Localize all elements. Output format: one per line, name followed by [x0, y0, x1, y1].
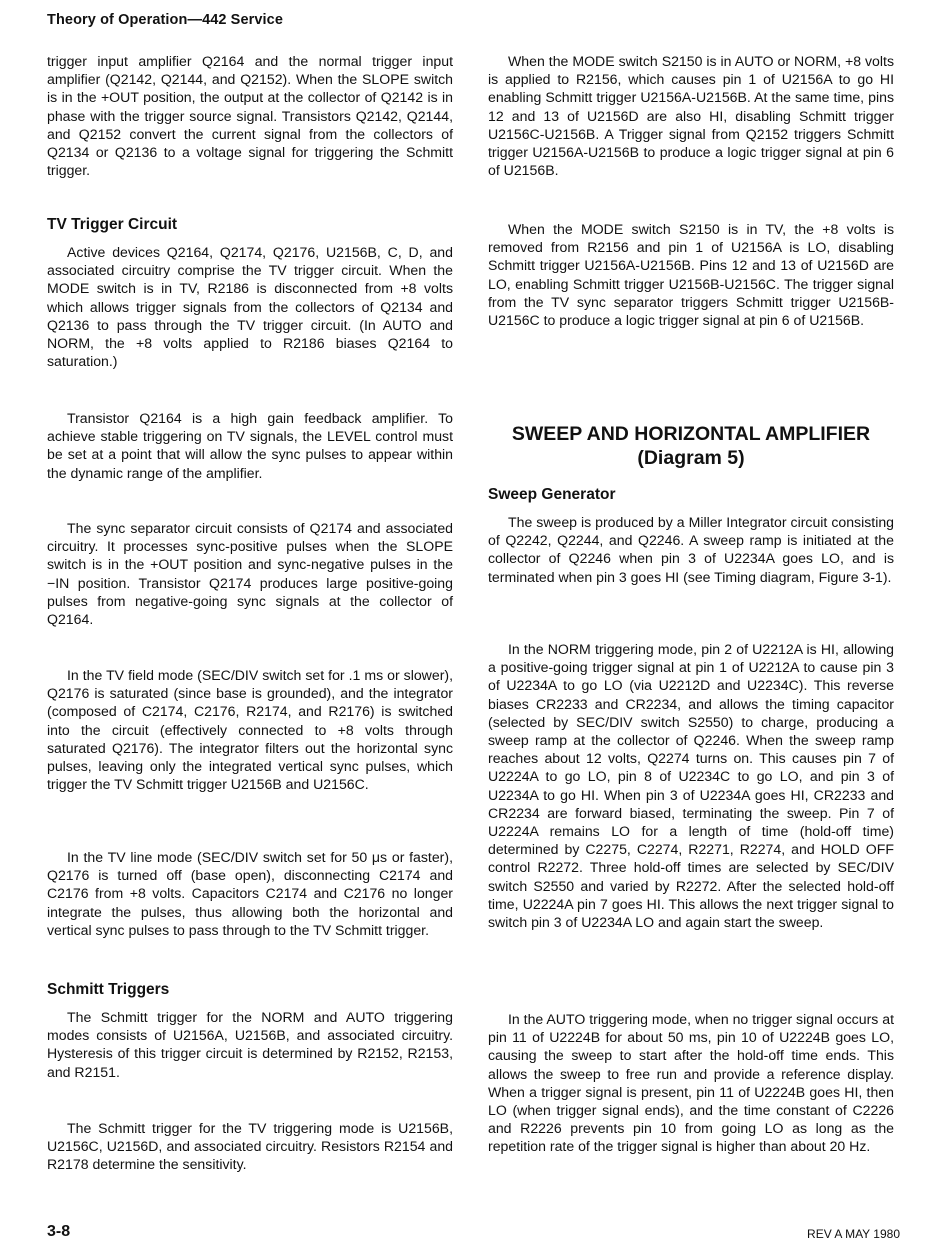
sweep-section-title: SWEEP AND HORIZONTAL AMPLIFIER (Diagram …	[488, 422, 894, 470]
schmitt-triggers-section: Schmitt Triggers The Schmitt trigger for…	[47, 981, 453, 1081]
sweep-generator-paragraph-2: In the NORM triggering mode, pin 2 of U2…	[488, 640, 894, 931]
tv-trigger-heading: TV Trigger Circuit	[47, 216, 453, 234]
page-number: 3-8	[47, 1223, 70, 1241]
tv-trigger-paragraph-3-block: The sync separator circuit consists of Q…	[47, 519, 453, 628]
mode-tv-paragraph: When the MODE switch S2150 is in TV, the…	[488, 220, 894, 329]
revision-label: REV A MAY 1980	[807, 1227, 900, 1241]
sweep-generator-paragraph-2-block: In the NORM triggering mode, pin 2 of U2…	[488, 640, 894, 931]
tv-trigger-paragraph-3: The sync separator circuit consists of Q…	[47, 519, 453, 628]
intro-paragraph: trigger input amplifier Q2164 and the no…	[47, 52, 453, 179]
tv-trigger-paragraph-5-block: In the TV line mode (SEC/DIV switch set …	[47, 848, 453, 939]
tv-trigger-paragraph-1: Active devices Q2164, Q2174, Q2176, U215…	[47, 243, 453, 370]
mode-auto-norm-paragraph: When the MODE switch S2150 is in AUTO or…	[488, 52, 894, 179]
sweep-generator-paragraph-3-block: In the AUTO triggering mode, when no tri…	[488, 1010, 894, 1156]
schmitt-paragraph-1: The Schmitt trigger for the NORM and AUT…	[47, 1008, 453, 1081]
right-paragraph-1-block: When the MODE switch S2150 is in AUTO or…	[488, 52, 894, 179]
sweep-generator-section: Sweep Generator The sweep is produced by…	[488, 486, 894, 586]
right-paragraph-2-block: When the MODE switch S2150 is in TV, the…	[488, 220, 894, 329]
tv-trigger-paragraph-2-block: Transistor Q2164 is a high gain feedback…	[47, 409, 453, 482]
tv-trigger-paragraph-5: In the TV line mode (SEC/DIV switch set …	[47, 848, 453, 939]
section-title-line-1: SWEEP AND HORIZONTAL AMPLIFIER	[488, 422, 894, 446]
schmitt-paragraph-2-block: The Schmitt trigger for the TV triggerin…	[47, 1119, 453, 1174]
tv-trigger-paragraph-2: Transistor Q2164 is a high gain feedback…	[47, 409, 453, 482]
tv-trigger-paragraph-4: In the TV field mode (SEC/DIV switch set…	[47, 666, 453, 793]
section-title-line-2: (Diagram 5)	[488, 446, 894, 470]
schmitt-triggers-heading: Schmitt Triggers	[47, 981, 453, 999]
running-header: Theory of Operation—442 Service	[47, 12, 283, 28]
intro-paragraph-block: trigger input amplifier Q2164 and the no…	[47, 52, 453, 179]
sweep-generator-heading: Sweep Generator	[488, 486, 894, 504]
sweep-generator-paragraph-3: In the AUTO triggering mode, when no tri…	[488, 1010, 894, 1156]
tv-trigger-paragraph-4-block: In the TV field mode (SEC/DIV switch set…	[47, 666, 453, 793]
tv-trigger-section: TV Trigger Circuit Active devices Q2164,…	[47, 216, 453, 370]
sweep-generator-paragraph-1: The sweep is produced by a Miller Integr…	[488, 513, 894, 586]
schmitt-paragraph-2: The Schmitt trigger for the TV triggerin…	[47, 1119, 453, 1174]
